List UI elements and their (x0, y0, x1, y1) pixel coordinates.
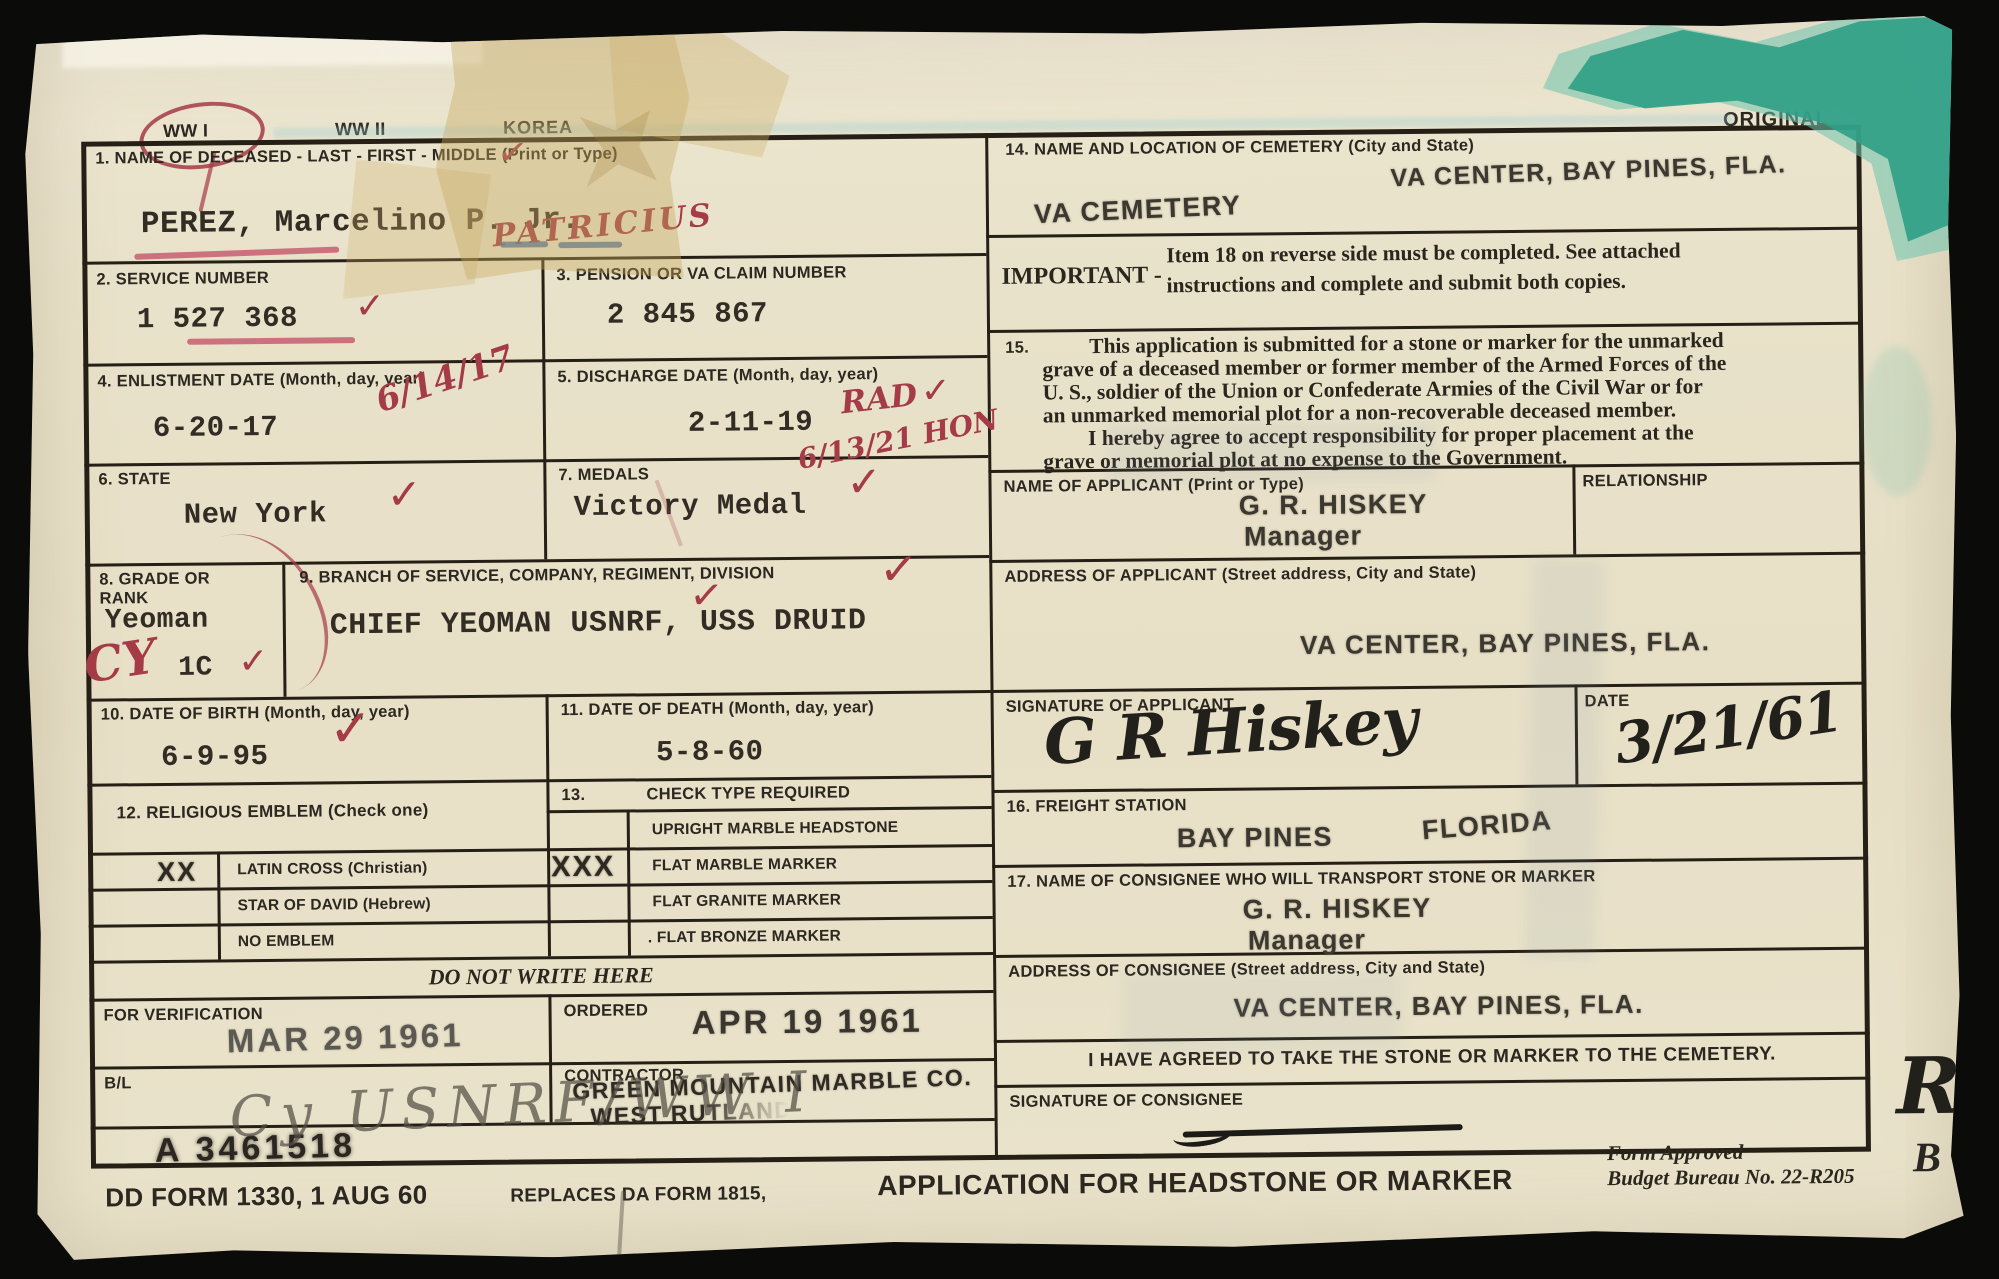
emblem-mark-xx: XX (157, 859, 197, 886)
field-label-relationship: RELATIONSHIP (1582, 471, 1707, 491)
scan-background: WW I WW II KOREA ORIGINAL 1. NAME OF DEC… (0, 0, 1999, 1279)
field-label-check-type: CHECK TYPE REQUIRED (646, 783, 850, 803)
field-label-medals: 7. MEDALS (558, 465, 649, 484)
consignee-title-stamp: Manager (1248, 926, 1366, 954)
field-label-religious-emblem: 12. RELIGIOUS EMBLEM (Check one) (117, 800, 429, 822)
discharge-date-value: 2-11-19 (688, 408, 814, 438)
birth-date-value: 6-9-95 (161, 742, 269, 772)
applicant-name-stamp: G. R. HISKEY (1239, 491, 1428, 520)
blue-underline (500, 241, 548, 247)
red-checkmark: ✓ (495, 134, 530, 174)
field-label-pension-claim: 3. PENSION OR VA CLAIM NUMBER (556, 263, 846, 284)
red-checkmark: ✓ (920, 373, 951, 409)
replaces-note: REPLACES DA FORM 1815, (510, 1183, 766, 1207)
death-date-value: 5-8-60 (656, 737, 764, 767)
consignee-name-stamp: G. R. HISKEY (1242, 895, 1431, 924)
field-label-freight-station: 16. FREIGHT STATION (1007, 796, 1187, 816)
red-annotation-cy: CY (81, 632, 160, 690)
applicant-title-stamp: Manager (1244, 522, 1362, 550)
consignee-address-stamp: VA CENTER, BAY PINES, FLA. (1233, 991, 1644, 1021)
field-label-date-of-death: 11. DATE OF DEATH (Month, day, year) (561, 698, 875, 719)
field-number-13: 13. (561, 786, 585, 805)
enlistment-date-value: 6-20-17 (153, 413, 279, 443)
margin-note-b: B (1913, 1134, 1941, 1182)
form-approved-line1: Form Approved (1607, 1142, 1744, 1164)
red-checkmark: ✓ (846, 461, 882, 503)
option-no-emblem: NO EMBLEM (238, 932, 335, 950)
medals-value: Victory Medal (574, 491, 807, 522)
form-title: APPLICATION FOR HEADSTONE OR MARKER (877, 1164, 1513, 1201)
freight-city-stamp: BAY PINES (1177, 824, 1333, 852)
field-label-discharge-date: 5. DISCHARGE DATE (Month, day, year) (557, 365, 878, 387)
blue-underline (558, 242, 622, 249)
field-number-15: 15. (1005, 339, 1029, 358)
margin-note-r: R (1896, 1048, 1961, 1127)
state-value: New York (184, 499, 328, 529)
red-checkmark: ✓ (329, 703, 373, 755)
field-label-state: 6. STATE (98, 470, 171, 489)
branch-value: CHIEF YEOMAN USNRF, USS DRUID (330, 606, 867, 641)
claim-number-value: 2 845 867 (607, 299, 768, 330)
stain-blob (1861, 346, 1932, 497)
form-id: DD FORM 1330, 1 AUG 60 (105, 1180, 427, 1212)
red-checkmark: ✓ (386, 473, 422, 515)
important-text-line1: Item 18 on reverse side must be complete… (1166, 240, 1680, 266)
verification-date-stamp: MAR 29 1961 (226, 1018, 463, 1057)
option-flat-granite: FLAT GRANITE MARKER (652, 891, 841, 910)
option-upright-marble: UPRIGHT MARBLE HEADSTONE (652, 819, 899, 838)
statement-line-6: grave or memorial plot at no expense to … (1043, 446, 1567, 473)
important-label: IMPORTANT - (1001, 263, 1161, 289)
war-period-ww2: WW II (335, 119, 386, 140)
red-annotation-rad: RAD (839, 380, 919, 420)
form-approved-line2: Budget Bureau No. 22-R205 (1607, 1166, 1855, 1189)
option-flat-bronze: . FLAT BRONZE MARKER (648, 927, 841, 946)
field-label-ordered: ORDERED (563, 1001, 648, 1020)
field-label-date: DATE (1585, 692, 1630, 711)
field-label-consignee-signature: SIGNATURE OF CONSIGNEE (1009, 1091, 1243, 1112)
option-latin-cross: LATIN CROSS (Christian) (237, 859, 427, 878)
type-mark-xxx: XXX (551, 853, 615, 883)
option-flat-marble: FLAT MARBLE MARKER (652, 856, 837, 875)
ordered-date-stamp: APR 19 1961 (692, 1004, 923, 1039)
red-checkmark: ✓ (355, 289, 386, 325)
paper-edge-highlight (62, 30, 482, 68)
important-text-line2: instructions and complete and submit bot… (1167, 271, 1627, 297)
form-paper: WW I WW II KOREA ORIGINAL 1. NAME OF DEC… (22, 16, 1964, 1262)
red-checkmark: ✓ (878, 545, 919, 593)
applicant-address-stamp: VA CENTER, BAY PINES, FLA. (1300, 628, 1711, 658)
red-checkmark: ✓ (688, 574, 725, 617)
field-label-bl: B/L (104, 1074, 132, 1093)
field-label-service-number: 2. SERVICE NUMBER (96, 269, 269, 289)
option-star-of-david: STAR OF DAVID (Hebrew) (237, 895, 430, 914)
service-number-value: 1 527 368 (137, 304, 298, 335)
